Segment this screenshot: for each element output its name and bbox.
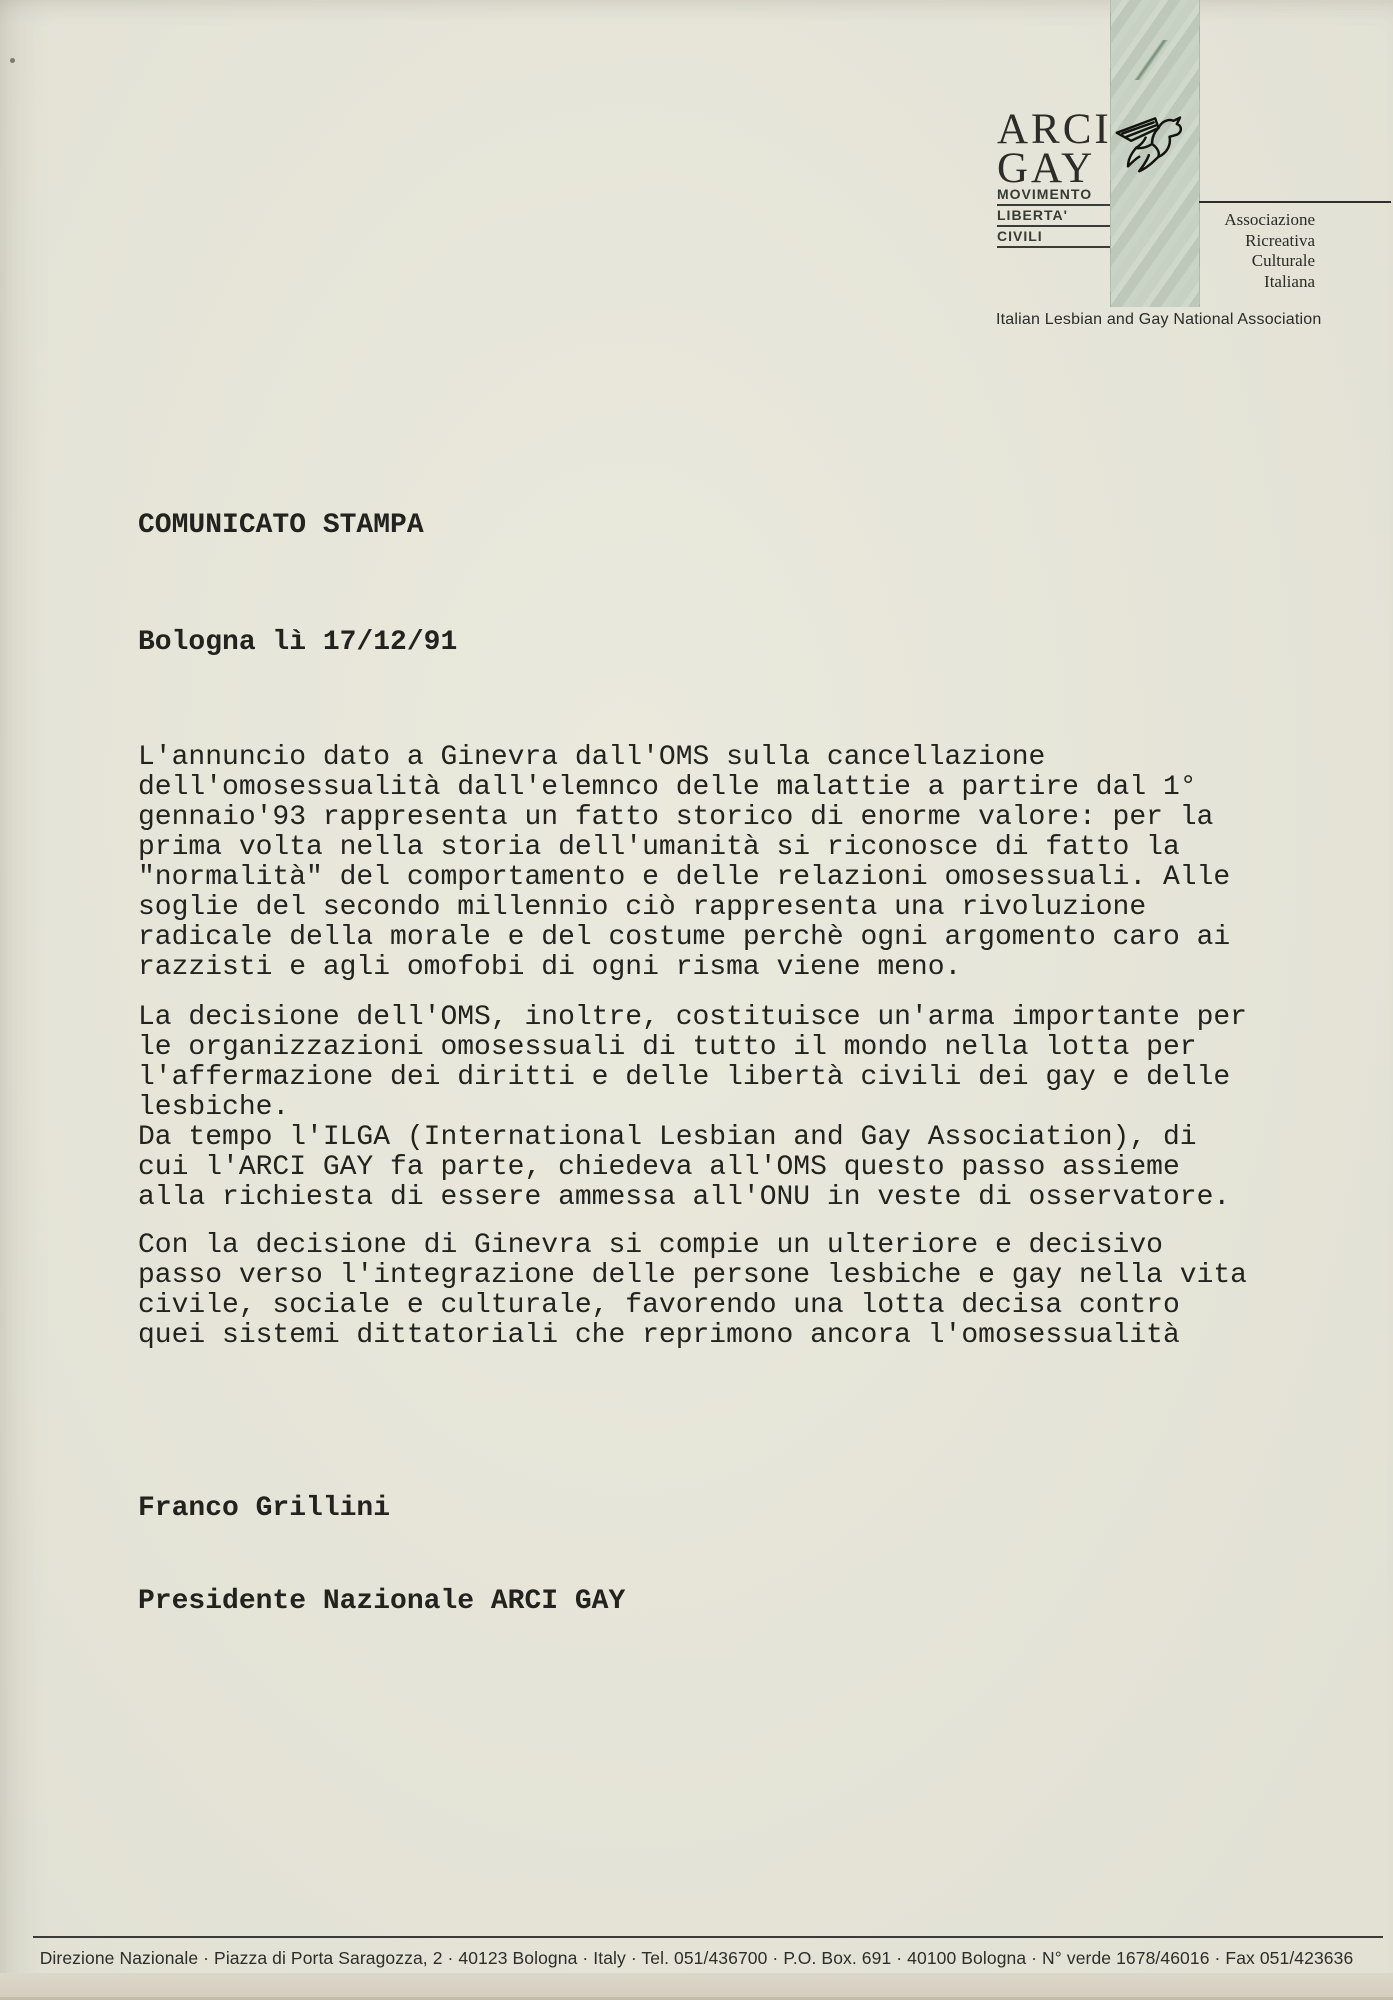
paper-bottom-edge xyxy=(0,1973,1393,2000)
org-name-line2: GAY xyxy=(997,149,1112,188)
movement-word: MOVIMENTO xyxy=(997,186,1110,206)
body-paragraph-2: La decisione dell'OMS, inoltre, costitui… xyxy=(138,1003,1247,1213)
signature-block: Franco Grillini Presidente Nazionale ARC… xyxy=(138,1431,625,1679)
signature-name: Franco Grillini xyxy=(138,1493,625,1524)
letterhead-subtitle: Italian Lesbian and Gay National Associa… xyxy=(996,311,1321,329)
signature-title: Presidente Nazionale ARCI GAY xyxy=(138,1586,625,1617)
movement-words: MOVIMENTO LIBERTA' CIVILI xyxy=(997,186,1110,249)
association-line: Italiana xyxy=(1199,272,1315,293)
press-release-heading: COMUNICATO STAMPA xyxy=(138,511,424,541)
org-logotype: ARCI GAY xyxy=(997,110,1112,188)
movement-word: CIVILI xyxy=(997,228,1110,248)
pegasus-icon xyxy=(1112,110,1192,190)
org-name-line1: ARCI xyxy=(997,110,1112,149)
dateline: Bologna lì 17/12/91 xyxy=(138,628,457,658)
body-paragraph-1: L'annuncio dato a Ginevra dall'OMS sulla… xyxy=(138,743,1230,983)
association-line: Ricreativa xyxy=(1199,231,1315,252)
association-line: Associazione xyxy=(1199,210,1315,231)
press-release-page: ARCI GAY MOVIMENTO LIBERTA' CIVILI Assoc… xyxy=(0,0,1393,2000)
movement-word: LIBERTA' xyxy=(997,207,1110,227)
association-line: Culturale xyxy=(1199,251,1315,272)
footer-address-line: Direzione Nazionale · Piazza di Porta Sa… xyxy=(0,1948,1393,1969)
body-paragraph-3: Con la decisione di Ginevra si compie un… xyxy=(138,1231,1247,1351)
association-block: Associazione Ricreativa Culturale Italia… xyxy=(1199,201,1391,292)
footer-divider xyxy=(33,1936,1383,1938)
